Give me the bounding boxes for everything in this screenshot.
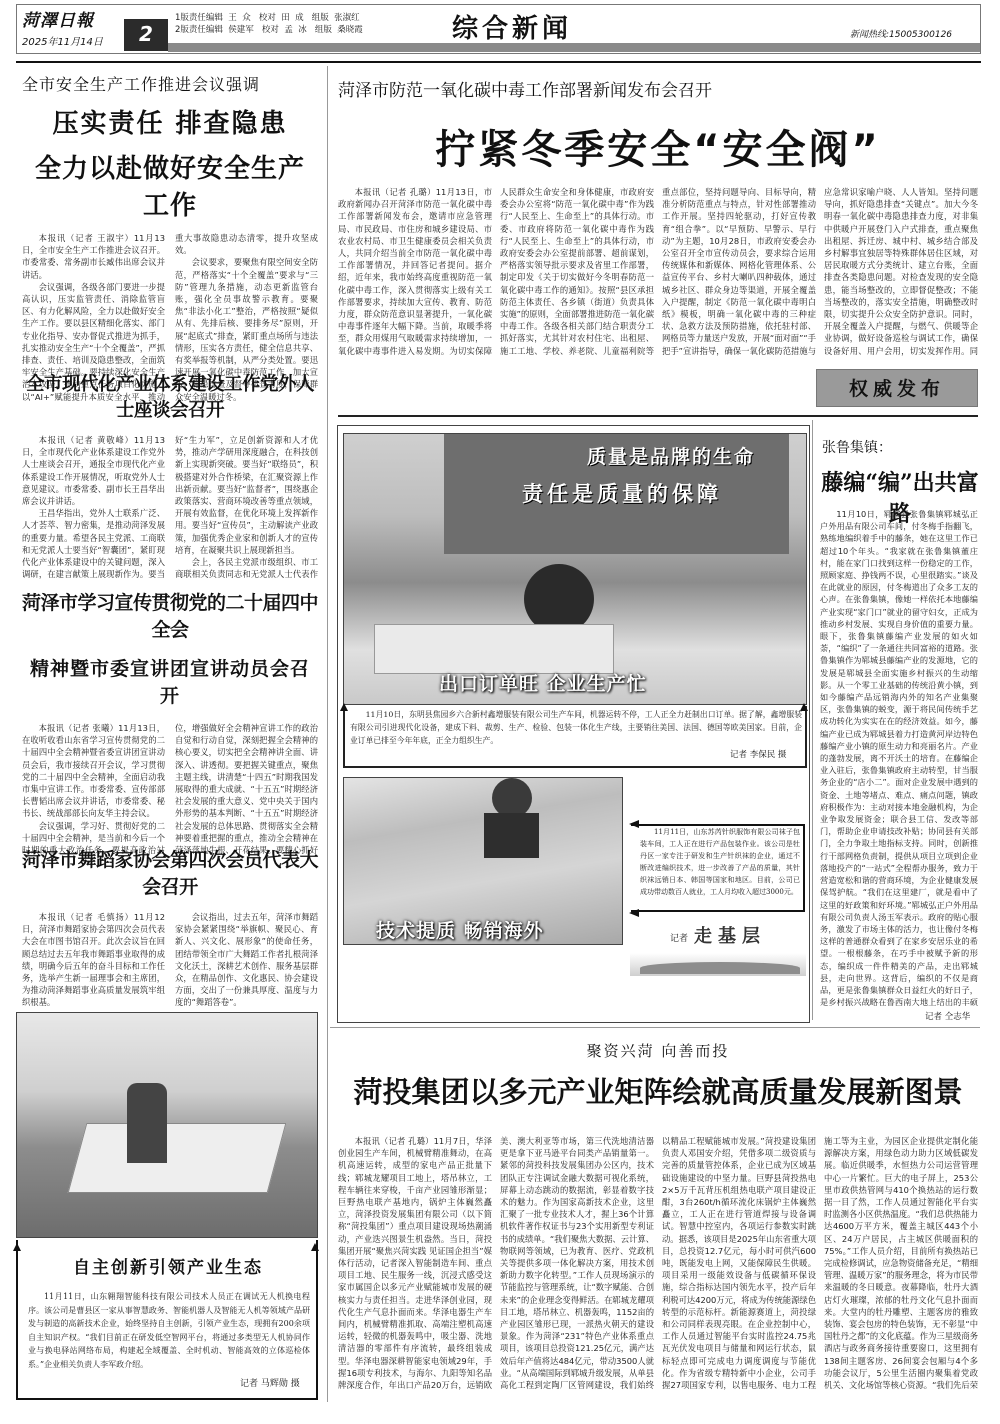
arrow-left-icon (629, 909, 639, 917)
banner-text-1: 质量是品牌的生命 (587, 442, 755, 469)
hill-illustration (640, 962, 800, 974)
dance-headline: 菏泽市舞蹈家协会第四次会员代表大会召开 (22, 845, 318, 899)
innovation-photo (16, 1012, 318, 1238)
forum-headline: 全市现代化产业体系建设工作党外人士座谈会召开 (22, 370, 318, 422)
column-logo-big: 走基层 (694, 922, 766, 948)
forum-body: 本报讯（记者 黄敬峰）11月13日，全市现代化产业体系建设工作党外人士座谈会召开… (22, 434, 318, 582)
worker-head (492, 778, 532, 818)
section-rule (338, 415, 978, 417)
innovation-credit: 记者 马辉勋 摄 (240, 1376, 300, 1389)
study-para-1: 本报讯（记者 张曦）11月13日，在收听收看山东省学习宣传贯彻党的二十届四中全会… (22, 722, 165, 820)
socks-overlay-title: 技术提质 畅销海外 (376, 916, 544, 943)
socks-photo: 技术提质 畅销海外 (343, 777, 623, 945)
study-headline-1: 菏泽市学习宣传贯彻党的二十届四中全会 (22, 588, 318, 642)
socks-caption: 11月11日，山东苏芮针织服饰有限公司袜子包装车间，工人正在进行产品包装作业。该… (640, 826, 800, 898)
column-logo-small: 记者 (670, 931, 688, 944)
banner-text-2: 责任是质量的保障 (522, 478, 722, 508)
rattan-kicker: 张鲁集镇： (822, 437, 892, 457)
rattan-body: 11月10日，郓城县张鲁集镇郓城弘正户外用品有限公司车间，付冬梅手指翻飞，熟练地… (820, 508, 978, 1010)
column-divider (327, 66, 328, 1402)
credits-line-1: 1版责任编辑 王 众 校对 田 成 组版 张淑红 (175, 12, 363, 24)
innovation-caption: 11月11日，山东翱翔智能科技有限公司技术人员正在调试无人机换电程序。该公司是曹… (28, 1290, 310, 1371)
column-logo-grassroots: 记者 走基层 (630, 918, 806, 976)
editor-credits: 1版责任编辑 王 众 校对 田 成 组版 张淑红2版责任编辑 侯建军 校对 孟 … (175, 12, 363, 36)
forum-para-1: 本报讯（记者 黄敬峰）11月13日，全市现代化产业体系建设工作党外人士座谈会召开… (22, 434, 165, 507)
header-rule (16, 61, 981, 63)
technician-figure (127, 1083, 167, 1163)
rattan-credit: 记者 仝志华 (925, 1010, 970, 1022)
page-number-badge: 2 (124, 19, 168, 51)
column-divider (812, 420, 813, 1020)
co-kicker: 菏泽市防范一氧化碳中毒工作部署新闻发布会召开 (338, 76, 978, 101)
rattan-para: 11月10日，郓城县张鲁集镇郓城弘正户外用品有限公司车间，付冬梅手指翻飞，熟练地… (820, 508, 978, 1010)
credits-line-2: 2版责任编辑 侯建军 校对 孟 冰 组版 桑晓霞 (175, 24, 363, 36)
worker-body (484, 813, 539, 858)
hetou-headline: 菏投集团以多元产业矩阵绘就高质量发展新图景 (338, 1070, 978, 1111)
study-headline-2: 精神暨市委宣讲团宣讲动员会召开 (22, 654, 318, 708)
arrow-up-icon (13, 1243, 21, 1251)
safety-headline-1: 压实责任 排查隐患 (22, 103, 318, 140)
hetou-body: 本报讯（记者 孔璐）11月7日，华泽创业园生产车间，机械臂精准舞动，在高机高速运… (338, 1135, 978, 1397)
article-forum: 全市现代化产业体系建设工作党外人士座谈会召开 本报讯（记者 黄敬峰）11月13日… (22, 370, 318, 582)
news-hotline: 新闻热线:15005300126 (850, 27, 952, 40)
study-body: 本报讯（记者 张曦）11月13日，在收听收看山东省学习宣传贯彻党的二十届四中全会… (22, 722, 318, 862)
safety-kicker: 全市安全生产工作推进会议强调 (22, 72, 318, 95)
dance-para-2: 会议指出，过去五年，菏泽市舞蹈家协会紧紧围绕“举旗帜、聚民心、育新人、兴文化、展… (175, 911, 318, 1009)
section-title: 综合新闻 (452, 8, 572, 45)
arrow-up-icon (311, 1243, 319, 1251)
article-safety: 全市安全生产工作推进会议强调 压实责任 排查隐患 全力以赴做好安全生产工作 本报… (22, 72, 318, 410)
dance-body: 本报讯（记者 毛慎扬）11月12日，菏泽市舞蹈家协会第四次会员代表大会在市图书馆… (22, 911, 318, 1023)
safety-headline-2: 全力以赴做好安全生产工作 (22, 148, 318, 222)
arrow-left-icon (629, 820, 639, 828)
innovation-title: 自主创新引领产业生态 (30, 1253, 306, 1278)
issue-date: 2025年11月14日 (22, 33, 103, 48)
arrow-up-icon (340, 703, 348, 711)
drone-equipment (68, 1123, 287, 1193)
sewing-machine (374, 624, 614, 674)
section-rule (330, 1027, 980, 1028)
export-caption: 11月10日，东明县焦园乡六合新村鑫增服装有限公司生产车间，机器运转不停，工人正… (350, 708, 802, 747)
export-credit: 记者 李保民 摄 (730, 748, 786, 760)
export-photo: 质量是品牌的生命 责任是质量的保障 出口订单旺 企业生产忙 (343, 433, 807, 705)
masthead-bar (168, 43, 980, 52)
hetou-para: 本报讯（记者 孔璐）11月7日，华泽创业园生产车间，机械臂精准舞动，在高机高速运… (338, 1135, 978, 1397)
safety-para-1: 本报讯（记者 王淑宇）11月13日，全市安全生产工作推进会议召开。市委常委、常务… (22, 232, 165, 281)
co-headline: 拧紧冬季安全“安全阀” (338, 118, 978, 175)
hetou-kicker: 聚资兴菏 向善而投 (338, 1040, 978, 1061)
article-dance: 菏泽市舞蹈家协会第四次会员代表大会召开 本报讯（记者 毛慎扬）11月12日，菏泽… (22, 845, 318, 1023)
dance-para-1: 本报讯（记者 毛慎扬）11月12日，菏泽市舞蹈家协会第四次会员代表大会在市图书馆… (22, 911, 165, 1009)
co-body: 本报讯（记者 孔璐）11月13日，市政府新闻办召开菏泽市防范一氧化碳中毒工作部署… (338, 186, 978, 364)
article-study: 菏泽市学习宣传贯彻党的二十届四中全会 精神暨市委宣讲团宣讲动员会召开 本报讯（记… (22, 588, 318, 862)
export-overlay-title: 出口订单旺 企业生产忙 (439, 669, 647, 696)
newspaper-logo: 菏澤日報 (22, 6, 94, 31)
authority-banner: 权威发布 (816, 369, 978, 407)
co-para: 本报讯（记者 孔璐）11月13日，市政府新闻办召开菏泽市防范一氧化碳中毒工作部署… (338, 186, 978, 364)
